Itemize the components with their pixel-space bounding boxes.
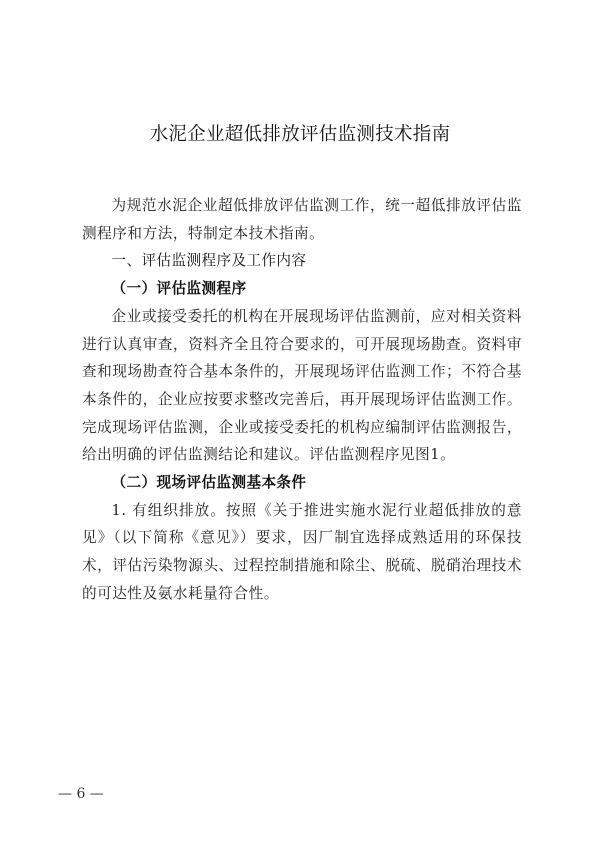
subsection-heading-2: （二）现场评估监测基本条件 <box>82 469 522 497</box>
document-title: 水泥企业超低排放评估监测技术指南 <box>0 120 600 146</box>
subsection-paragraph-1: 企业或接受委托的机构在开展现场评估监测前，应对相关资料进行认真审查，资料齐全且符… <box>82 303 522 469</box>
subsection-paragraph-2: 1. 有组织排放。按照《关于推进实施水泥行业超低排放的意见》（以下简称《意见》）… <box>82 497 522 608</box>
section-heading-1: 一、评估监测程序及工作内容 <box>82 247 522 275</box>
document-body: 为规范水泥企业超低排放评估监测工作，统一超低排放评估监测程序和方法，特制定本技术… <box>82 192 522 608</box>
subsection-heading-1: （一）评估监测程序 <box>82 275 522 303</box>
page-number: — 6 — <box>58 786 104 802</box>
document-page: 水泥企业超低排放评估监测技术指南 为规范水泥企业超低排放评估监测工作，统一超低排… <box>0 0 600 848</box>
intro-paragraph: 为规范水泥企业超低排放评估监测工作，统一超低排放评估监测程序和方法，特制定本技术… <box>82 192 522 247</box>
